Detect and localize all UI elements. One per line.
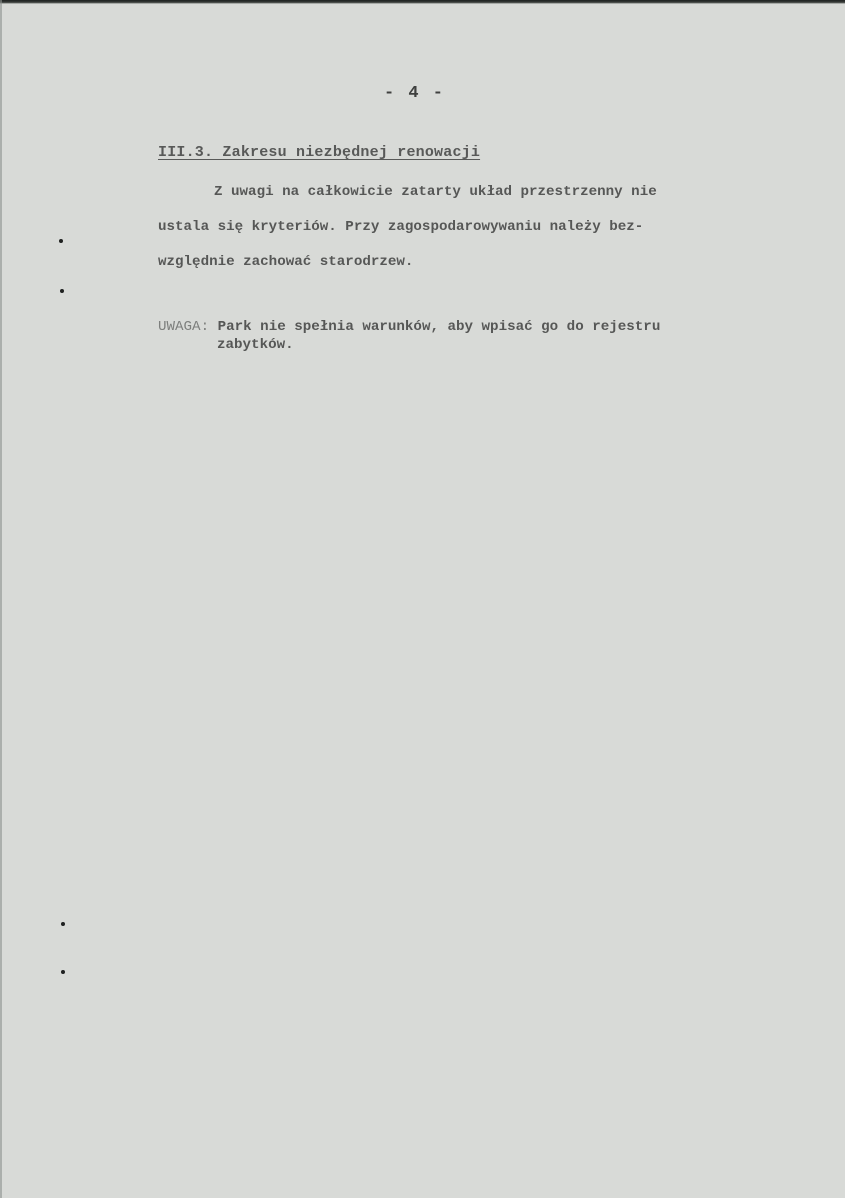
paragraph-line: Z uwagi na całkowicie zatarty układ prze…	[158, 175, 798, 210]
paragraph-line: względnie zachować starodrzew.	[158, 245, 798, 280]
margin-hole-mark	[61, 922, 65, 926]
margin-hole-mark	[61, 970, 65, 974]
paragraph-line: ustala się kryteriów. Przy zagospodarowy…	[158, 210, 798, 245]
note-block: UWAGA: Park nie spełnia warunków, aby wp…	[158, 318, 660, 354]
note-line: Park nie spełnia warunków, aby wpisać go…	[218, 319, 661, 335]
scan-top-edge	[0, 0, 845, 4]
page-number: - 4 -	[384, 84, 445, 103]
section-paragraph: Z uwagi na całkowicie zatarty układ prze…	[158, 175, 798, 280]
note-line: zabytków.	[158, 336, 660, 354]
margin-hole-mark	[60, 289, 64, 293]
note-label: UWAGA:	[158, 319, 209, 335]
scan-left-edge	[0, 0, 2, 1198]
margin-hole-mark	[59, 239, 63, 243]
section-heading: III.3. Zakresu niezbędnej renowacji	[158, 144, 480, 161]
